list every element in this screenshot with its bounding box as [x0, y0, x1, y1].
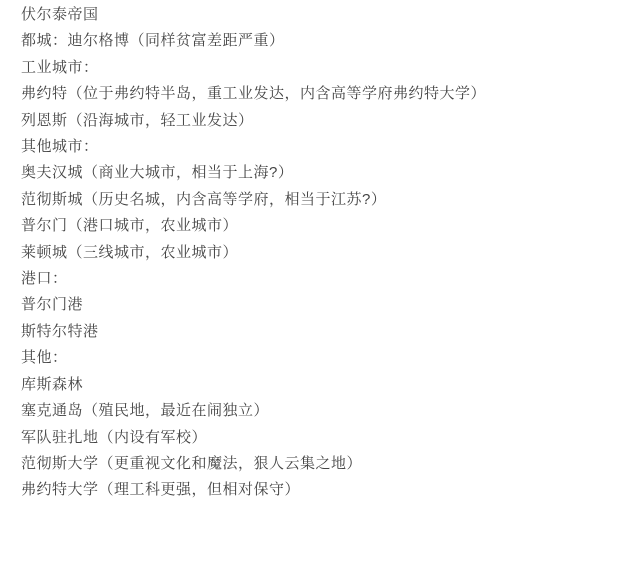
text-line-university-1: 范彻斯大学（更重视文化和魔法，狠人云集之地） [21, 451, 620, 477]
text-line-ports-heading: 港口： [21, 266, 620, 292]
text-line-other-2: 塞克通岛（殖民地，最近在闹独立） [21, 398, 620, 424]
text-line-industrial-cities-heading: 工业城市： [21, 55, 620, 81]
text-line-city-4: 范彻斯城（历史名城，内含高等学府，相当于江苏?） [21, 187, 620, 213]
text-line-port-2: 斯特尔特港 [21, 319, 620, 345]
text-line-other-cities-heading: 其他城市： [21, 134, 620, 160]
text-line-capital: 都城：迪尔格博（同样贫富差距严重） [21, 28, 620, 54]
text-line-other-1: 库斯森林 [21, 372, 620, 398]
text-line-others-heading: 其他： [21, 345, 620, 371]
text-line-city-6: 莱顿城（三线城市，农业城市） [21, 240, 620, 266]
text-line-other-3: 军队驻扎地（内设有军校） [21, 425, 620, 451]
text-line-title: 伏尔泰帝国 [21, 2, 620, 28]
article-page: 伏尔泰帝国 都城：迪尔格博（同样贫富差距严重） 工业城市： 弗约特（位于弗约特半… [0, 0, 640, 580]
text-line-university-2: 弗约特大学（理工科更强，但相对保守） [21, 477, 620, 503]
text-line-city-1: 弗约特（位于弗约特半岛，重工业发达，内含高等学府弗约特大学） [21, 81, 620, 107]
text-line-city-3: 奥夫汉城（商业大城市，相当于上海?） [21, 160, 620, 186]
text-line-city-2: 列恩斯（沿海城市，轻工业发达） [21, 108, 620, 134]
text-line-city-5: 普尔门（港口城市，农业城市） [21, 213, 620, 239]
text-line-port-1: 普尔门港 [21, 292, 620, 318]
